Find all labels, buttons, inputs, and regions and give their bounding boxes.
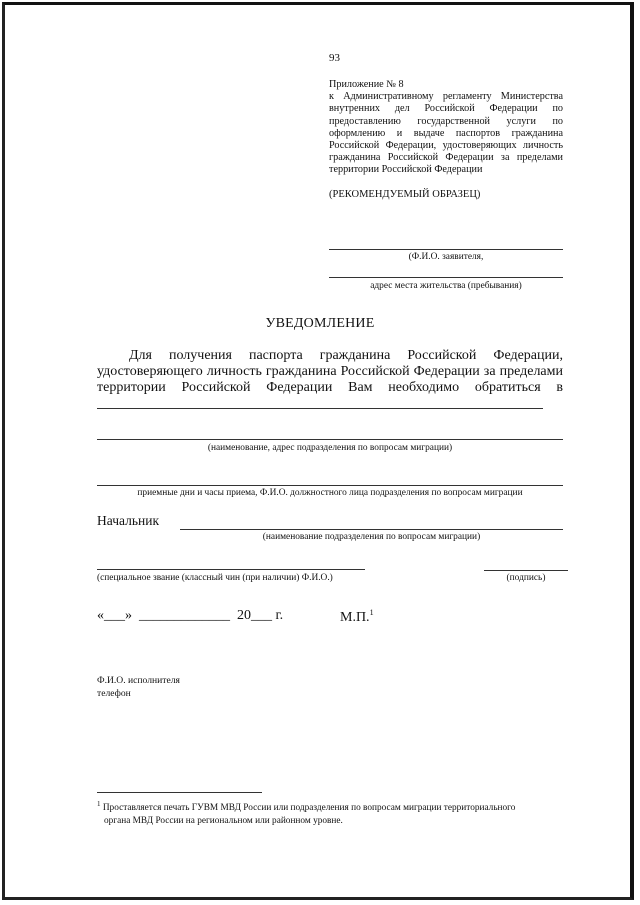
reception-line[interactable]: [97, 485, 563, 486]
signature-line[interactable]: [484, 570, 568, 571]
notice-paragraph: Для получения паспорта гражданина Россий…: [97, 348, 563, 396]
page-number: 93: [329, 52, 340, 64]
reception-caption: приемные дни и часы приема, Ф.И.О. должн…: [97, 488, 563, 498]
appendix-title: Приложение № 8: [329, 79, 563, 91]
stamp-text: М.П.: [340, 610, 370, 625]
stamp-footnote-ref: 1: [370, 608, 374, 617]
date-close-quote: »: [125, 608, 132, 623]
year-suffix: г.: [276, 608, 284, 623]
month-field[interactable]: _____________: [139, 608, 230, 623]
applicant-name-line[interactable]: [329, 249, 563, 250]
year-prefix: 20: [237, 608, 251, 623]
rank-caption: (специальное звание (классный чин (при н…: [97, 573, 365, 583]
executor-phone-label: телефон: [97, 687, 180, 700]
footnote: 1 Проставляется печать ГУВМ МВД России и…: [97, 798, 567, 827]
footnote-separator: [97, 792, 262, 793]
division-line-1[interactable]: [97, 408, 543, 409]
division-caption: (наименование, адрес подразделения по во…: [97, 443, 563, 453]
footnote-ref: 1: [97, 800, 101, 808]
chief-label: Начальник: [97, 513, 159, 529]
division-line-2[interactable]: [97, 439, 563, 440]
day-field[interactable]: ___: [104, 608, 125, 623]
applicant-address-caption: адрес места жительства (пребывания): [329, 281, 563, 291]
chief-division-line[interactable]: [180, 529, 563, 530]
appendix-text: к Административному регламенту Министерс…: [329, 91, 563, 176]
notice-text: Для получения паспорта гражданина Россий…: [97, 348, 563, 396]
year-field[interactable]: ___: [251, 608, 272, 623]
executor-name-label: Ф.И.О. исполнителя: [97, 674, 180, 687]
executor-block: Ф.И.О. исполнителя телефон: [97, 674, 180, 700]
footnote-line-1: Проставляется печать ГУВМ МВД России или…: [103, 803, 516, 813]
signature-caption: (подпись): [484, 573, 568, 583]
date-open-quote: «: [97, 608, 104, 623]
stamp-label: М.П.1: [340, 608, 374, 626]
applicant-name-caption: (Ф.И.О. заявителя,: [329, 252, 563, 262]
footnote-line-2: органа МВД России на региональном или ра…: [97, 815, 567, 828]
applicant-address-line[interactable]: [329, 277, 563, 278]
date-row: «___» _____________ 20___ г.: [97, 608, 283, 624]
chief-division-caption: (наименование подразделения по вопросам …: [180, 532, 563, 542]
rank-line[interactable]: [97, 569, 365, 570]
document-heading: УВЕДОМЛЕНИЕ: [0, 316, 640, 332]
appendix-header: Приложение № 8 к Административному регла…: [329, 79, 563, 177]
sample-label: (РЕКОМЕНДУЕМЫЙ ОБРАЗЕЦ): [329, 189, 480, 200]
